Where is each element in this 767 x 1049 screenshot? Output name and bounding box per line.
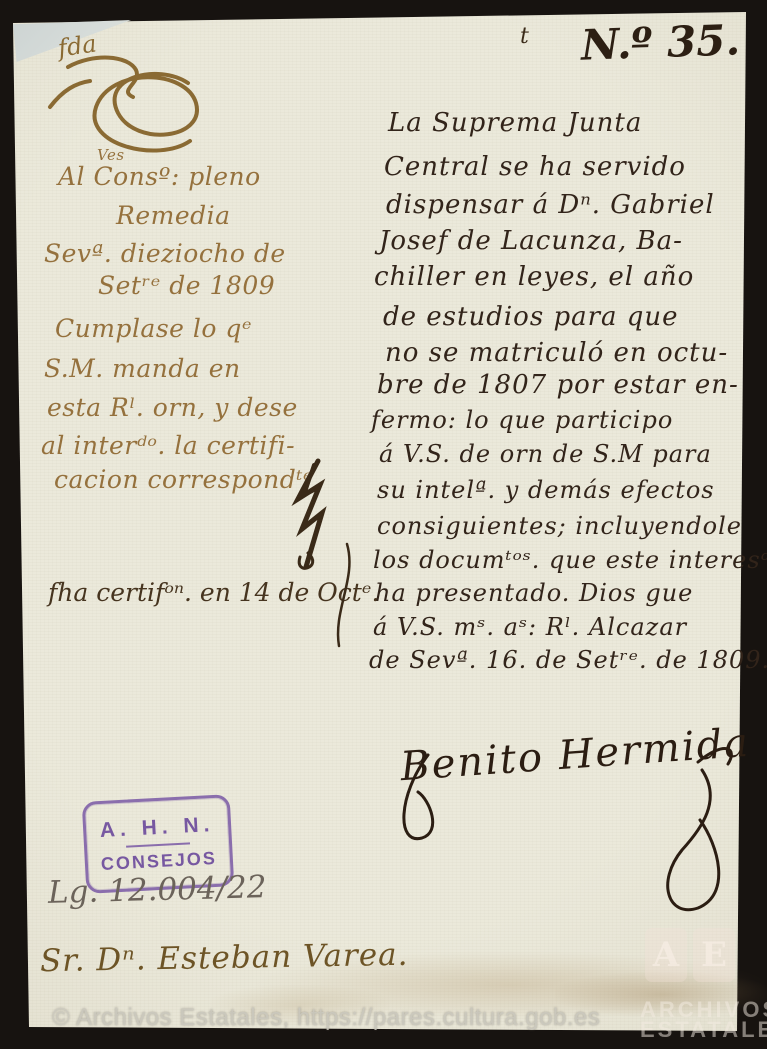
ae-logo-letter-a: A [645,928,687,982]
signature-flourish-icon [380,700,750,930]
margin-line: S.M. manda en [44,354,241,383]
stamp-line1: A. H. N. [99,813,215,843]
ae-logo: A E [645,928,735,982]
ae-watermark-line2: ESTATALES [640,1020,767,1040]
margin-line: al interᵈᵒ. la certifi- [41,431,295,460]
small-t-mark: t [520,24,529,49]
body-line: consiguientes; incluyendole [377,512,742,540]
body-line: Central se ha servido [384,152,686,182]
body-line: ha presentado. Dios gue [375,579,693,607]
body-line: los documᵗᵒˢ. que este interesᵈᵒ. [373,546,767,574]
rubric-flourish-icon [38,45,228,165]
ae-logo-letter-e: E [693,928,735,982]
body-line: de Sevª. 16. de Setʳᵉ. de 1809. [369,646,767,674]
body-line: dispensar á Dⁿ. Gabriel [386,190,715,220]
document-number: N.º 35. [580,15,741,70]
body-line: no se matriculó en octu- [385,338,728,368]
body-line: su intelª. y demás efectos [377,476,715,504]
stamp-divider [126,842,190,847]
certification-flourish-icon [325,540,365,650]
footer-watermark: © Archivos Estatales, https://pares.cult… [52,1004,600,1032]
body-line: La Suprema Junta [388,108,642,138]
scanned-document-page: { "colors": { "background": "#171310", "… [0,0,767,1049]
ae-watermark-text: ARCHIVOS ESTATALES [640,1000,767,1040]
margin-line: Remedia [116,201,231,230]
margin-line: Setʳᵉ de 1809 [98,271,275,300]
body-line: Josef de Lacunza, Ba- [379,226,683,256]
addressee-line: Sr. Dⁿ. Esteban Varea. [40,937,409,979]
body-line: á V.S. de orn de S.M para [379,440,712,468]
margin-line: esta Rˡ. orn, y dese [47,393,298,422]
body-line: á V.S. mˢ. aˢ: Rˡ. Alcazar [373,613,687,641]
margin-line: Cumplase lo qᵉ [55,314,252,343]
body-line: chiller en leyes, el año [374,262,694,292]
reference-number: Lg. 12.004/22 [48,869,267,911]
body-line: de estudios para que [383,302,679,332]
body-line: fermo: lo que participo [371,406,673,434]
margin-line: Sevª. dieziocho de [44,239,286,268]
margin-line: Al Consº: pleno [58,162,261,191]
body-line: bre de 1807 por estar en- [377,370,739,400]
